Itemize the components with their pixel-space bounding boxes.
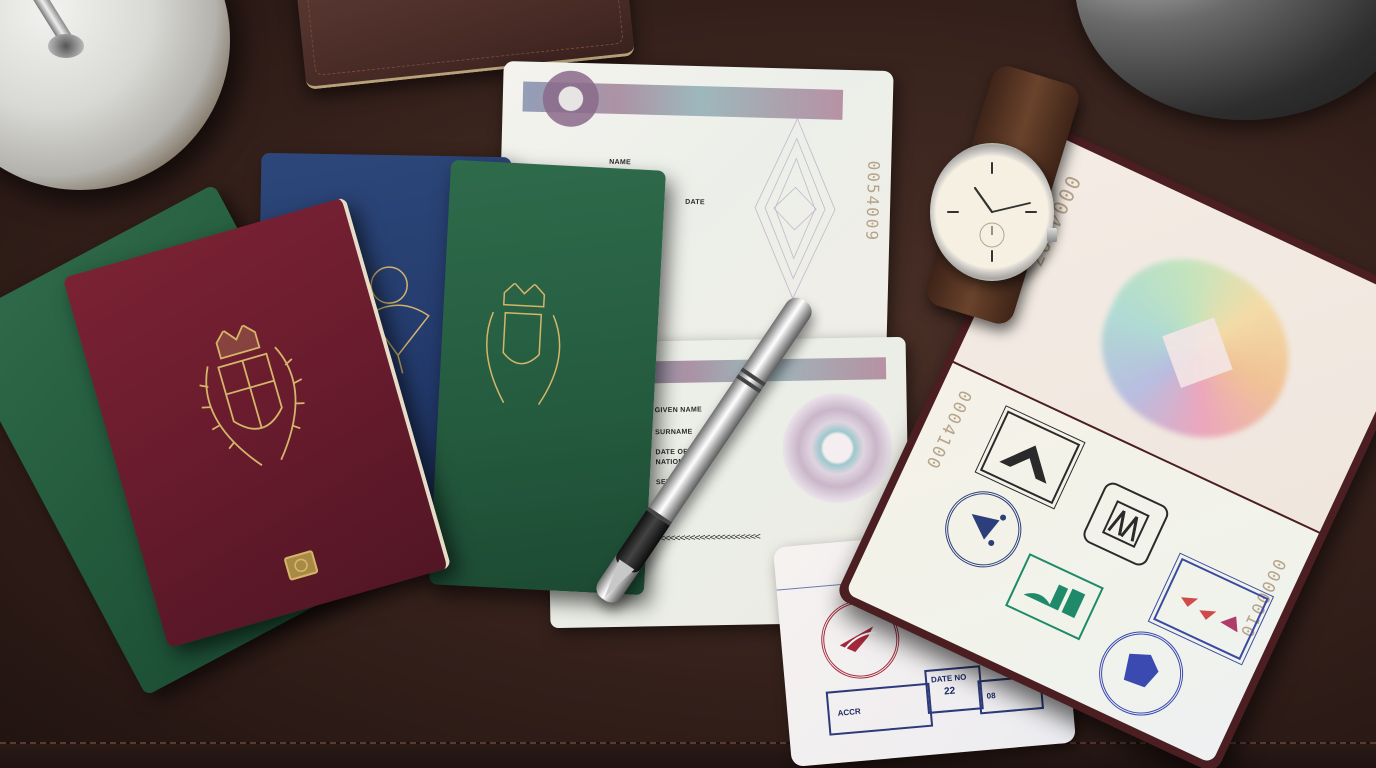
crest-emblem-icon: [478, 282, 575, 427]
cell-text: 08: [986, 691, 996, 701]
coat-of-arms-icon: [171, 310, 337, 490]
lamp-base: [0, 0, 230, 190]
stamp-blue-circle: [933, 479, 1034, 580]
rosette-pattern-icon: [781, 392, 893, 504]
field-label: NAME: [609, 159, 631, 167]
perforated-serial: 0054009: [862, 160, 883, 242]
seal-emblem-icon: [542, 70, 599, 127]
building-stamp-icon: [1083, 482, 1169, 566]
lamp-rod-cap: [48, 34, 84, 58]
lamp-shade: [1075, 0, 1376, 120]
biometric-chip-icon: [283, 550, 318, 581]
form-cell: ACCR: [826, 683, 933, 736]
guilloche-pattern-icon: [747, 107, 842, 309]
cell-text: ACCR: [837, 707, 861, 718]
stamp-black-square: [980, 411, 1080, 505]
form-cell: DATE NO 22: [924, 665, 984, 714]
cell-text: 22: [944, 686, 956, 698]
arrow-stamp-icon: [983, 413, 1078, 501]
watch-dial-icon: [930, 143, 1054, 281]
map-stamp-icon: [1092, 622, 1188, 718]
field-label: GIVEN NAME: [655, 406, 702, 414]
airline-stamp-icon: [1156, 561, 1266, 658]
perforated-serial: 0004100: [921, 387, 975, 473]
star-stamp-icon: [939, 483, 1024, 568]
watch-crown: [1047, 228, 1057, 242]
cell-text: DATE NO: [931, 672, 967, 684]
field-label: SURNAME: [655, 429, 693, 437]
field-label: DATE: [685, 199, 705, 207]
landmark-stamp-icon: [1008, 556, 1102, 638]
passport-green-right: [429, 160, 666, 596]
stamp-black-rounded: [1080, 479, 1171, 568]
wristwatch: [930, 143, 1054, 281]
stamp-green-rect: [1005, 553, 1104, 640]
